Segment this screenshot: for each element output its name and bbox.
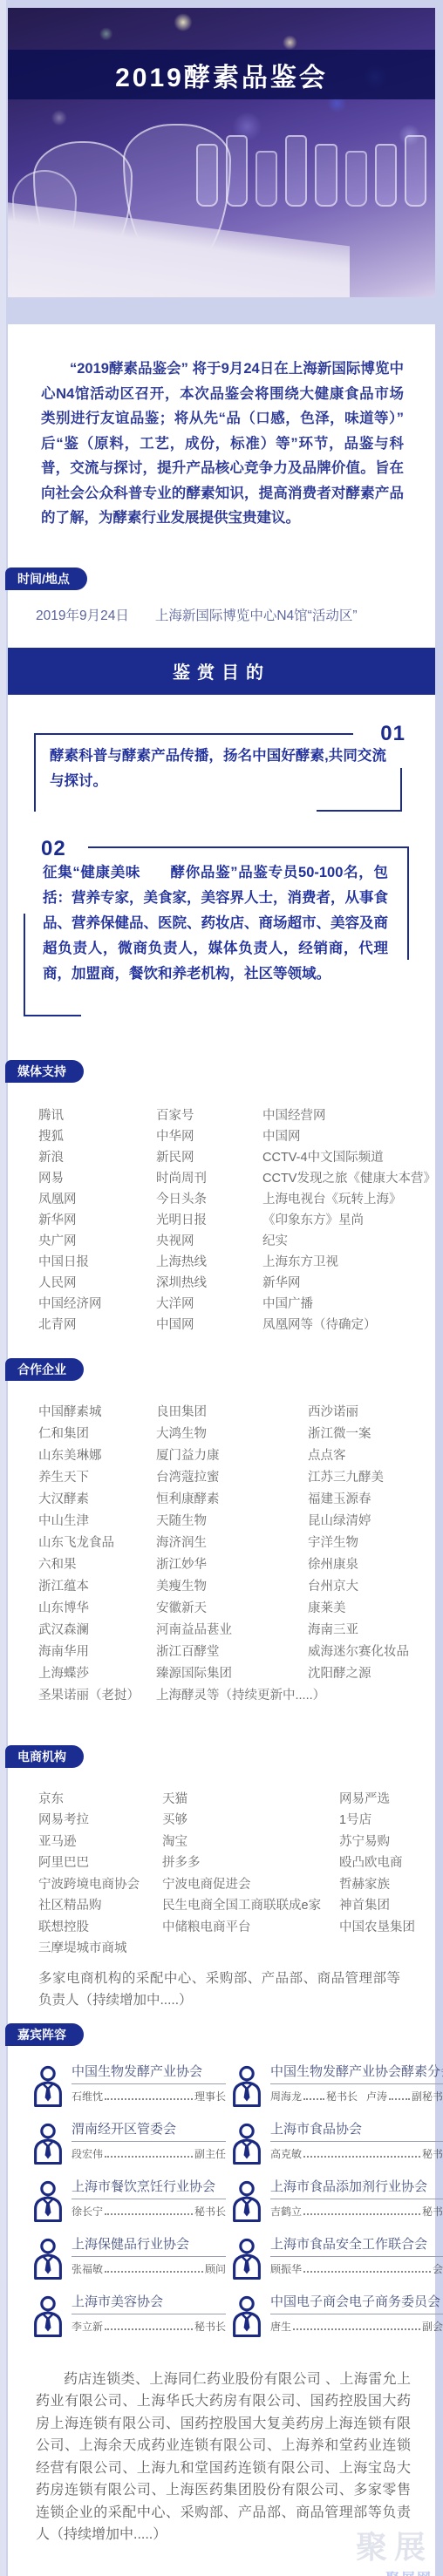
list-item: 中储粮电商平台 <box>162 1917 339 1939</box>
purpose-list: 01 酵素科普与酵素产品传播，扬名中国好酵素,共同交流与探讨。 02 征集“健康… <box>8 695 435 1016</box>
list-item: 新华网 <box>262 1273 436 1294</box>
guest-organization: 上海市食品协会 <box>270 2121 443 2138</box>
list-item: 中山生津 <box>38 1511 156 1533</box>
glass <box>196 144 218 207</box>
list-item: 新华网 <box>38 1210 156 1231</box>
list-item: 社区精品购 <box>38 1895 162 1917</box>
guest-item: 中国生物发酵产业协会石维忱理事长 <box>31 2063 226 2107</box>
list-item: 新浪 <box>38 1147 156 1168</box>
content-card: “2019酵素品鉴会” 将于9月24日在上海新国际博览中心N4馆活动区召开，本次… <box>8 324 435 2576</box>
footer-paragraph: 药店连锁类、上海同仁药业股份有限公司 、上海雷允上药业有限公司、上海华氏大药房有… <box>36 2369 411 2546</box>
list-item: 六和果 <box>38 1554 156 1576</box>
list-item: 浙江微一案 <box>308 1424 426 1445</box>
list-item: 凤凰网 <box>38 1189 156 1210</box>
guest-name: 吉鹤立 <box>270 2204 302 2219</box>
guest-organization: 中国生物发酵产业协会酵素分会 <box>270 2063 443 2080</box>
list-item: 联想控股 <box>38 1917 162 1939</box>
list-item: 圣果诺丽（老挝） <box>38 1685 156 1707</box>
list-item: 良田集团 <box>156 1402 308 1424</box>
list-item: 山东博华 <box>38 1598 156 1620</box>
badge-guests: 嘉宾阵容 <box>5 2023 84 2046</box>
purpose-item-02: 02 征集“健康美味 酵你品鉴”品鉴专员50-100名，包括：营养专家，美食家，… <box>34 846 409 1016</box>
divider <box>270 2314 443 2314</box>
list-item: 网易 <box>38 1168 156 1189</box>
guest-person-line: 唐生副会长 <box>270 2319 443 2334</box>
list-item: 台州京大 <box>308 1576 426 1598</box>
guest-person-line: 周海龙秘书长卢涛副秘书长 <box>270 2089 443 2104</box>
hero-image: 2019酵素品鉴会 <box>8 8 435 297</box>
page-title: 2019酵素品鉴会 <box>115 56 328 94</box>
ecommerce-note: 多家电商机构的采配中心、采购部、产品部、商品管理部等负责人（持续增加中.....… <box>38 1968 400 2011</box>
guest-body: 上海市美容协会李立新秘书长 <box>72 2294 226 2334</box>
person-icon <box>229 2238 264 2280</box>
guest-item: 上海市美容协会李立新秘书长 <box>31 2294 226 2337</box>
list-item: 中国经济网 <box>38 1294 156 1315</box>
list-item: 江苏三九酵美 <box>308 1467 426 1489</box>
list-item: 山东飞龙食品 <box>38 1533 156 1554</box>
person-icon <box>31 2238 65 2280</box>
dotted-leader <box>389 2098 410 2100</box>
dotted-leader <box>303 2098 324 2100</box>
list-item: 浙江百酵堂 <box>156 1641 308 1663</box>
divider <box>270 2256 443 2257</box>
person-icon <box>229 2123 264 2165</box>
list-item: 搜狐 <box>38 1126 156 1147</box>
list-item: 殴凸欧电商 <box>339 1852 426 1874</box>
dotted-leader <box>105 2213 193 2215</box>
list-item: 苏宁易购 <box>339 1832 426 1853</box>
list-item: 中国广播 <box>262 1294 436 1315</box>
guest-name: 段宏伟 <box>72 2146 103 2161</box>
partners-grid: 中国酵素城良田集团西沙诺丽仁和集团大鸿生物浙江微一案山东美琳娜厦门益力康点点客养… <box>38 1402 426 1707</box>
person-icon <box>31 2295 65 2337</box>
list-item: 央广网 <box>38 1231 156 1252</box>
person-icon <box>229 2180 264 2222</box>
list-item: 臻源国际集团 <box>156 1663 308 1685</box>
badge-ecommerce: 电商机构 <box>5 1745 84 1768</box>
list-item: 福建玉源春 <box>308 1489 426 1511</box>
glass <box>405 135 426 207</box>
intro-paragraph: “2019酵素品鉴会” 将于9月24日在上海新国际博览中心N4馆活动区召开，本次… <box>41 357 404 531</box>
guest-name: 周海龙 <box>270 2089 302 2104</box>
guest-name: 高克敏 <box>270 2146 302 2161</box>
list-item: 腾讯 <box>38 1105 156 1126</box>
guest-item: 上海市食品协会高克敏秘书长 <box>229 2121 443 2165</box>
guest-item: 渭南经开区管委会段宏伟副主任 <box>31 2121 226 2165</box>
glass-row <box>196 135 427 207</box>
list-item: 1号店 <box>339 1810 426 1832</box>
list-item: 北青网 <box>38 1315 156 1336</box>
list-item: 哲赫家族 <box>339 1874 426 1896</box>
list-item: 宁波电商促进会 <box>162 1874 339 1896</box>
purpose-number: 01 <box>380 721 406 746</box>
list-item: 海南三亚 <box>308 1620 426 1641</box>
divider <box>72 2199 226 2199</box>
media-grid: 腾讯百家号中国经营网搜狐中华网中国网新浪新民网CCTV-4中文国际频道网易时尚周… <box>38 1105 426 1336</box>
guest-organization: 上海市食品安全工作联合会 <box>270 2236 443 2253</box>
guest-organization: 上海保健品行业协会 <box>72 2236 226 2253</box>
list-item: 亚马逊 <box>38 1832 162 1853</box>
decorative-corner <box>24 914 81 1016</box>
list-item: 拼多多 <box>162 1852 339 1874</box>
list-item: 徐州康泉 <box>308 1554 426 1576</box>
list-item: 上海电视台《玩转上海》 <box>262 1189 436 1210</box>
glass <box>345 151 367 207</box>
list-item: 网易严选 <box>339 1789 426 1811</box>
decorative-line <box>88 846 409 848</box>
list-item: 买够 <box>162 1810 339 1832</box>
person-icon <box>31 2065 65 2107</box>
divider <box>270 2199 443 2199</box>
person-icon <box>229 2295 264 2337</box>
guest-name: 李立新 <box>72 2319 103 2334</box>
guest-organization: 渭南经开区管委会 <box>72 2121 226 2138</box>
ecommerce-grid: 京东天猫网易严选网易考拉买够1号店亚马逊淘宝苏宁易购阿里巴巴拼多多殴凸欧电商宁波… <box>38 1789 426 1960</box>
guest-title: 顾问 <box>205 2261 226 2276</box>
list-item: 中国网 <box>156 1315 262 1336</box>
guest-body: 中国生物发酵产业协会石维忱理事长 <box>72 2063 226 2104</box>
purpose-item-01: 01 酵素科普与酵素产品传播，扬名中国好酵素,共同交流与探讨。 <box>34 733 409 812</box>
guest-person-line: 段宏伟副主任 <box>72 2146 226 2161</box>
guest-body: 上海市食品添加剂行业协会吉鹤立秘书长 <box>270 2178 443 2219</box>
guest-title: 秘书长 <box>422 2146 443 2161</box>
list-item: 山东美琳娜 <box>38 1445 156 1467</box>
guest-title: 副主任 <box>194 2146 226 2161</box>
list-item: 昆山绿清婷 <box>308 1511 426 1533</box>
guest-person-line: 顾振华会长 <box>270 2261 443 2276</box>
person-icon <box>229 2065 264 2107</box>
guest-name: 唐生 <box>270 2319 291 2334</box>
list-item: 时尚周刊 <box>156 1168 262 1189</box>
list-item: 上海东方卫视 <box>262 1252 436 1273</box>
glass <box>226 135 248 207</box>
badge-media-support: 媒体支持 <box>5 1060 84 1083</box>
list-item: 厦门益力康 <box>156 1445 308 1467</box>
glass <box>375 144 397 207</box>
badge-partners: 合作企业 <box>5 1358 84 1381</box>
decorative-line <box>407 846 409 960</box>
guest-title: 副会长 <box>422 2319 443 2334</box>
list-item <box>308 1685 426 1707</box>
guest-item: 中国电子商会电子商务委员会唐生副会长 <box>229 2294 443 2337</box>
guest-item: 上海市食品添加剂行业协会吉鹤立秘书长 <box>229 2178 443 2222</box>
list-item: 大鸿生物 <box>156 1424 308 1445</box>
guest-organization: 中国生物发酵产业协会 <box>72 2063 226 2080</box>
list-item: 沈阳酵之源 <box>308 1663 426 1685</box>
list-item: 武汉森澜 <box>38 1620 156 1641</box>
list-item: 中华网 <box>156 1126 262 1147</box>
guest-person-line: 李立新秘书长 <box>72 2319 226 2334</box>
list-item: 西沙诺丽 <box>308 1402 426 1424</box>
guest-item: 上海市食品安全工作联合会顾振华会长 <box>229 2236 443 2280</box>
list-item: 人民网 <box>38 1273 156 1294</box>
event-date: 2019年9月24日 <box>36 608 129 623</box>
list-item: 百家号 <box>156 1105 262 1126</box>
divider <box>270 2083 443 2084</box>
list-item: 网易考拉 <box>38 1810 162 1832</box>
list-item: 纪实 <box>262 1231 436 1252</box>
event-venue: 上海新国际博览中心N4馆“活动区” <box>155 608 358 623</box>
list-item: 新民网 <box>156 1147 262 1168</box>
list-item: 河南益品葚业 <box>156 1620 308 1641</box>
list-item: 天随生物 <box>156 1511 308 1533</box>
glass <box>315 144 337 207</box>
guest-title: 理事长 <box>194 2089 226 2104</box>
guest-name: 卢涛 <box>366 2089 387 2104</box>
guest-name: 石维忱 <box>72 2089 103 2104</box>
list-item: 大洋网 <box>156 1294 262 1315</box>
list-item: 威海迷尔赛化妆品 <box>308 1641 426 1663</box>
guest-person-line: 张福敏顾问 <box>72 2261 226 2276</box>
guest-title: 秘书长 <box>194 2204 226 2219</box>
list-item: 大汉酵素 <box>38 1489 156 1511</box>
list-item: 恒利康酵素 <box>156 1489 308 1511</box>
guest-body: 上海保健品行业协会张福敏顾问 <box>72 2236 226 2276</box>
list-item: 中国酵素城 <box>38 1402 156 1424</box>
guest-person-line: 石维忱理事长 <box>72 2089 226 2104</box>
decorative-line <box>36 733 353 735</box>
guest-title: 秘书长 <box>422 2204 443 2219</box>
guest-item: 上海市餐饮烹饪行业协会徐长宁秘书长 <box>31 2178 226 2222</box>
list-item: 安徽新天 <box>156 1598 308 1620</box>
list-item: 今日头条 <box>156 1189 262 1210</box>
list-item: 中国网 <box>262 1126 436 1147</box>
badge-time-place: 时间/地点 <box>5 568 87 590</box>
guest-name: 徐长宁 <box>72 2204 103 2219</box>
dotted-leader <box>303 2213 420 2215</box>
section-bar-purpose: 鉴赏目的 <box>8 648 435 695</box>
list-item: 光明日报 <box>156 1210 262 1231</box>
guest-person-line: 吉鹤立秘书长 <box>270 2204 443 2219</box>
list-item: 点点客 <box>308 1445 426 1467</box>
list-item: 浙江妙华 <box>156 1554 308 1576</box>
dotted-leader <box>293 2328 420 2330</box>
list-item: 神首集团 <box>339 1895 426 1917</box>
list-item: 民生电商全国工商联联成e家 <box>162 1895 339 1917</box>
guest-grid: 中国生物发酵产业协会石维忱理事长中国生物发酵产业协会酵素分会周海龙秘书长卢涛副秘… <box>31 2063 425 2337</box>
dotted-leader <box>105 2156 193 2158</box>
guest-name: 顾振华 <box>270 2261 302 2276</box>
list-item: 中国农垦集团 <box>339 1917 426 1939</box>
list-item: 海济润生 <box>156 1533 308 1554</box>
guest-body: 中国生物发酵产业协会酵素分会周海龙秘书长卢涛副秘书长 <box>270 2063 443 2104</box>
list-item: 美瘦生物 <box>156 1576 308 1598</box>
list-item: 中国日报 <box>38 1252 156 1273</box>
guest-person-line: 徐长宁秘书长 <box>72 2204 226 2219</box>
guest-body: 渭南经开区管委会段宏伟副主任 <box>72 2121 226 2161</box>
list-item: 三摩堤城市商城 <box>38 1938 162 1960</box>
dotted-leader <box>303 2156 420 2158</box>
hero-title-band: 2019酵素品鉴会 <box>8 50 435 99</box>
list-item: 上海酵灵等（持续更新中.....） <box>156 1685 308 1707</box>
guest-body: 上海市食品协会高克敏秘书长 <box>270 2121 443 2161</box>
guest-organization: 中国电子商会电子商务委员会 <box>270 2294 443 2310</box>
purpose-number: 02 <box>41 836 66 861</box>
list-item: 康莱美 <box>308 1598 426 1620</box>
guest-organization: 上海市美容协会 <box>72 2294 226 2310</box>
guest-body: 中国电子商会电子商务委员会唐生副会长 <box>270 2294 443 2334</box>
guest-title: 副秘书长 <box>412 2089 443 2104</box>
person-icon <box>31 2180 65 2222</box>
time-place-row: 2019年9月24日上海新国际博览中心N4馆“活动区” <box>36 605 435 624</box>
list-item: 天猫 <box>162 1789 339 1811</box>
list-item: 宁波跨境电商协会 <box>38 1874 162 1896</box>
list-item: CCTV-4中文国际频道 <box>262 1147 436 1168</box>
guest-person-line: 高克敏秘书长 <box>270 2146 443 2161</box>
list-item: 台湾蔻拉蜜 <box>156 1467 308 1489</box>
list-item: 中国经营网 <box>262 1105 436 1126</box>
list-item <box>339 1938 426 1960</box>
spacer <box>0 297 443 324</box>
promo-page: 2019酵素品鉴会 “2019酵素品鉴会” 将于9月24日在上海新国际博览中心N… <box>0 0 443 2576</box>
list-item: 淘宝 <box>162 1832 339 1853</box>
decorative-corner <box>317 768 402 812</box>
glass <box>285 135 307 207</box>
list-item: CCTV发现之旅《健康大本营》 <box>262 1168 436 1189</box>
guest-title: 秘书长 <box>326 2089 358 2104</box>
divider <box>72 2141 226 2142</box>
guest-title: 会长 <box>433 2261 443 2276</box>
purpose-text: 征集“健康美味 酵你品鉴”品鉴专员50-100名，包括：营养专家，美食家，美容界… <box>43 865 388 982</box>
guest-item: 中国生物发酵产业协会酵素分会周海龙秘书长卢涛副秘书长 <box>229 2063 443 2107</box>
divider <box>72 2256 226 2257</box>
guest-title: 秘书长 <box>194 2319 226 2334</box>
list-item: 海南华用 <box>38 1641 156 1663</box>
list-item: 上海蝶莎 <box>38 1663 156 1685</box>
guest-body: 上海市餐饮烹饪行业协会徐长宁秘书长 <box>72 2178 226 2219</box>
guest-body: 上海市食品安全工作联合会顾振华会长 <box>270 2236 443 2276</box>
list-item: 养生天下 <box>38 1467 156 1489</box>
list-item: 京东 <box>38 1789 162 1811</box>
list-item: 上海热线 <box>156 1252 262 1273</box>
guest-organization: 上海市食品添加剂行业协会 <box>270 2178 443 2195</box>
list-item: 深圳热线 <box>156 1273 262 1294</box>
guest-organization: 上海市餐饮烹饪行业协会 <box>72 2178 226 2195</box>
glass <box>256 151 277 207</box>
list-item: 央视网 <box>156 1231 262 1252</box>
guest-item: 上海保健品行业协会张福敏顾问 <box>31 2236 226 2280</box>
guest-name: 张福敏 <box>72 2261 103 2276</box>
list-item: 宇洋生物 <box>308 1533 426 1554</box>
divider <box>270 2141 443 2142</box>
divider <box>72 2083 226 2084</box>
list-item: 《印象东方》星尚 <box>262 1210 436 1231</box>
dotted-leader <box>105 2098 193 2100</box>
dotted-leader <box>303 2271 431 2273</box>
list-item: 阿里巴巴 <box>38 1852 162 1874</box>
person-icon <box>31 2123 65 2165</box>
divider <box>72 2314 226 2314</box>
list-item: 凤凰网等（待确定） <box>262 1315 436 1336</box>
list-item <box>162 1938 339 1960</box>
dotted-leader <box>105 2271 203 2273</box>
list-item: 浙江蕴本 <box>38 1576 156 1598</box>
dotted-leader <box>105 2328 193 2330</box>
list-item: 仁和集团 <box>38 1424 156 1445</box>
